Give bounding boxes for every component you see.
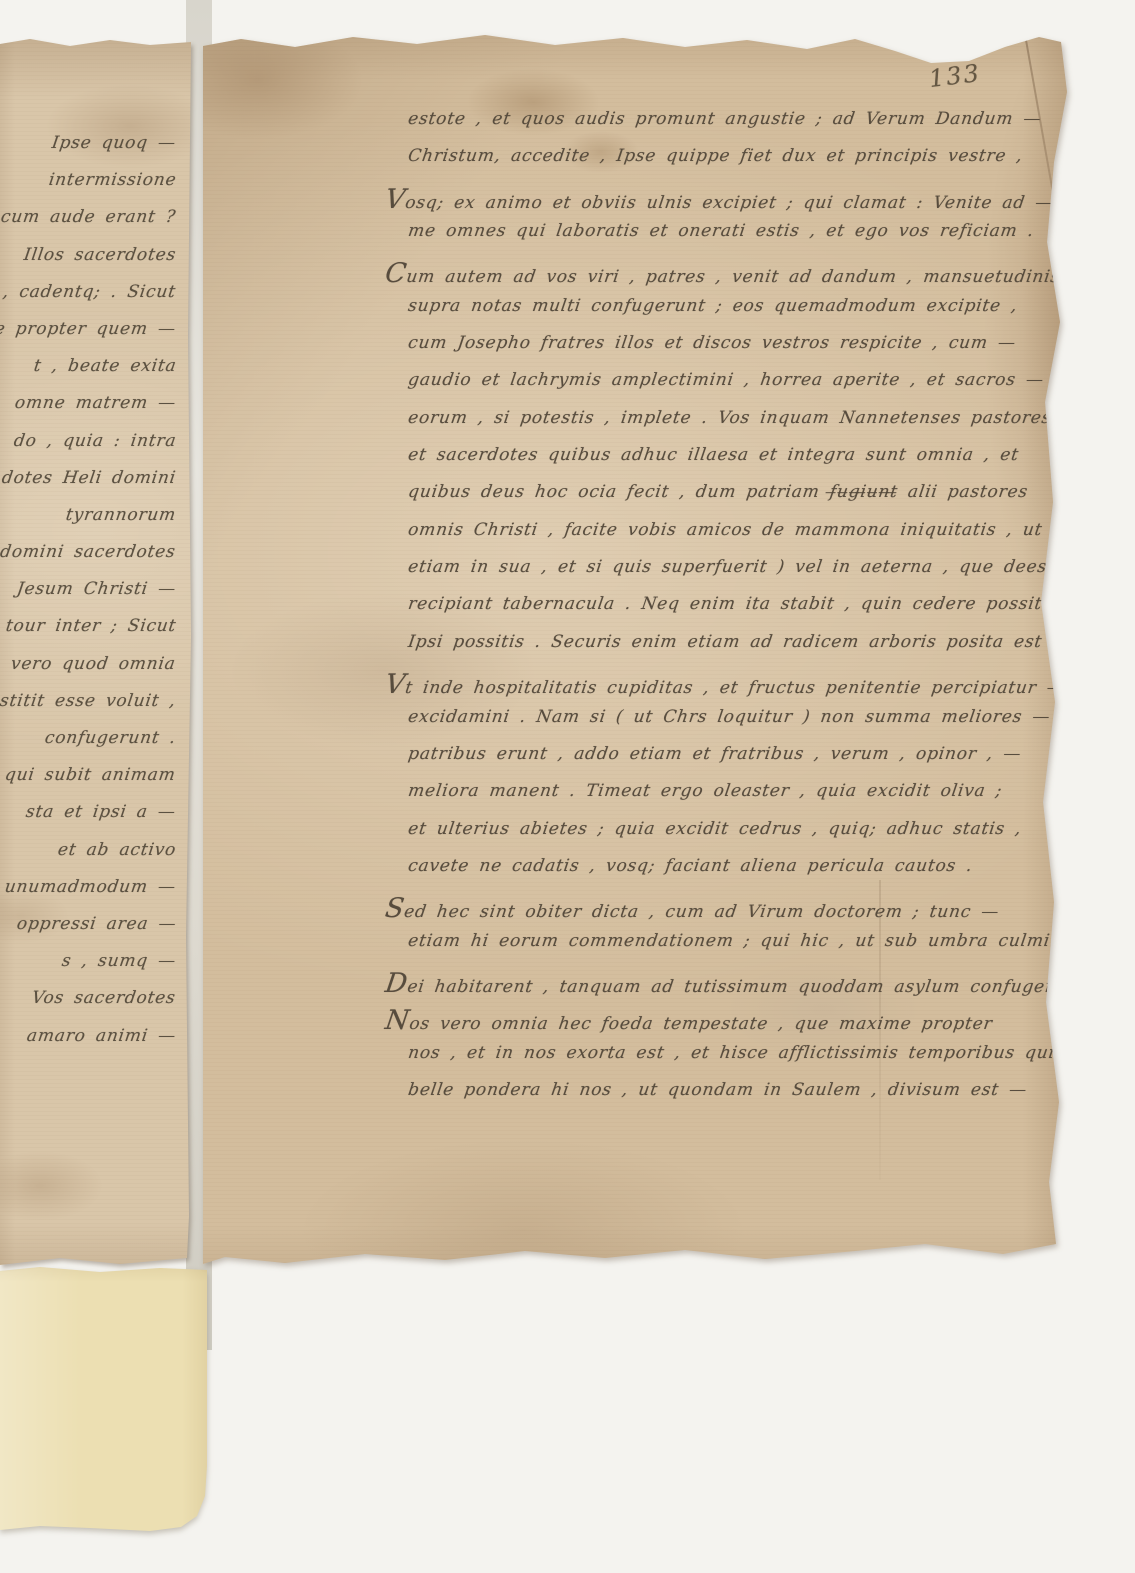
manuscript-text-line: Vt inde hospitalitatis cupiditas , et fr…: [382, 669, 1087, 706]
left-page-line-fragment: intermissione: [0, 168, 186, 205]
left-page-line-fragment: qui subit animam: [0, 763, 186, 800]
manuscript-text-line: nos , et in nos exorta est , et hisce af…: [404, 1043, 1087, 1080]
left-page-line-fragment: Vos sacerdotes: [0, 986, 186, 1023]
left-page-line-fragment: et ab activo: [0, 838, 186, 875]
left-page-line-fragment: vero quod omnia: [0, 652, 186, 689]
insert-sheet: [0, 1266, 207, 1532]
right-manuscript-page: 133 estote , et quos audis promunt angus…: [203, 30, 1075, 1275]
manuscript-text-block: estote , et quos audis promunt angustie …: [385, 30, 1085, 1117]
left-page-line-fragment: s , sumq —: [0, 949, 186, 986]
manuscript-text-line: eorum , si potestis , implete . Vos inqu…: [404, 408, 1087, 445]
manuscript-text-line: Sed hec sint obiter dicta , cum ad Virum…: [382, 893, 1087, 930]
scanned-manuscript-photo: Ipse quoq —intermissionecum aude erant ?…: [0, 0, 1135, 1573]
manuscript-text-line: quibus deus hoc ocia fecit , dum patriam…: [404, 482, 1087, 519]
left-page-line-fragment: Illos sacerdotes: [0, 243, 186, 280]
left-page-line-fragment: omne matrem —: [0, 391, 186, 428]
manuscript-text-line: estote , et quos audis promunt angustie …: [404, 109, 1087, 146]
manuscript-text-line: Dei habitarent , tanquam ad tutissimum q…: [382, 968, 1087, 1005]
manuscript-text-line: supra notas multi confugerunt ; eos quem…: [404, 296, 1087, 333]
manuscript-text-line: omnis Christi , facite vobis amicos de m…: [404, 520, 1087, 557]
manuscript-text-line: cum Josepho fratres illos et discos vest…: [404, 333, 1087, 370]
manuscript-text-line: gaudio et lachrymis amplectimini , horre…: [404, 370, 1087, 407]
manuscript-text-line: recipiant tabernacula . Neq enim ita sta…: [404, 594, 1087, 631]
manuscript-text-line: Vosq; ex animo et obviis ulnis excipiet …: [382, 184, 1087, 221]
insert-sheet-wrap: [0, 1266, 207, 1532]
manuscript-text-line: etiam in sua , et si quis superfuerit ) …: [404, 557, 1087, 594]
left-page-line-fragment: ad unumadmodum —: [0, 875, 186, 912]
manuscript-text-line: Christum, accedite , Ipse quippe fiet du…: [404, 146, 1087, 183]
manuscript-text-line: me omnes qui laboratis et onerati estis …: [404, 221, 1087, 258]
right-manuscript-page-wrap: 133 estote , et quos audis promunt angus…: [203, 30, 1075, 1275]
left-page-line-fragment: pe propter quem —: [0, 317, 186, 354]
left-page-line-fragment: amaro animi —: [0, 1024, 186, 1061]
manuscript-text-line: Cum autem ad vos viri , patres , venit a…: [382, 258, 1087, 295]
manuscript-text-line: et ulterius abietes ; quia excidit cedru…: [404, 819, 1087, 856]
manuscript-text-line: etiam hi eorum commendationem ; qui hic …: [404, 931, 1087, 968]
left-manuscript-page: Ipse quoq —intermissionecum aude erant ?…: [0, 36, 191, 1272]
manuscript-text-line: belle pondera hi nos , ut quondam in Sau…: [404, 1080, 1087, 1117]
left-page-line-fragment: Jesum Christi —: [0, 577, 186, 614]
left-page-line-fragment: lea domini sacerdotes: [0, 540, 186, 577]
manuscript-text-line: cavete ne cadatis , vosq; faciant aliena…: [404, 856, 1087, 893]
left-page-line-fragment: sta et ipsi a —: [0, 800, 186, 837]
left-page-line-fragment: oppressi area —: [0, 912, 186, 949]
left-page-line-fragment: re , cadentq; . Sicut: [0, 280, 186, 317]
left-page-line-fragment: t , beate exita: [0, 354, 186, 391]
left-page-line-fragment: stitit esse voluit ,: [0, 689, 186, 726]
manuscript-text-line: Ipsi possitis . Securis enim etiam ad ra…: [404, 632, 1087, 669]
left-page-line-fragment: confugerunt .: [0, 726, 186, 763]
left-page-line-fragment: tour inter ; Sicut: [0, 614, 186, 651]
manuscript-text-line: meliora manent . Timeat ergo oleaster , …: [404, 781, 1087, 818]
manuscript-text-line: excidamini . Nam si ( ut Chrs loquitur )…: [404, 707, 1087, 744]
left-page-line-fragment: cum aude erant ?: [0, 205, 186, 242]
left-page-line-fragment: Ipse quoq —: [0, 131, 186, 168]
manuscript-text-line: patribus erunt , addo etiam et fratribus…: [404, 744, 1087, 781]
left-manuscript-page-wrap: Ipse quoq —intermissionecum aude erant ?…: [0, 36, 191, 1272]
left-page-line-fragment: tyrannorum: [0, 503, 186, 540]
left-page-line-fragment: do , quia : intra: [0, 429, 186, 466]
left-page-line-fragment: dotes Heli domini: [0, 466, 186, 503]
left-page-text-column: Ipse quoq —intermissionecum aude erant ?…: [0, 36, 186, 1272]
manuscript-text-line: Nos vero omnia hec foeda tempestate , qu…: [382, 1005, 1087, 1042]
manuscript-text-line: et sacerdotes quibus adhuc illaesa et in…: [404, 445, 1087, 482]
